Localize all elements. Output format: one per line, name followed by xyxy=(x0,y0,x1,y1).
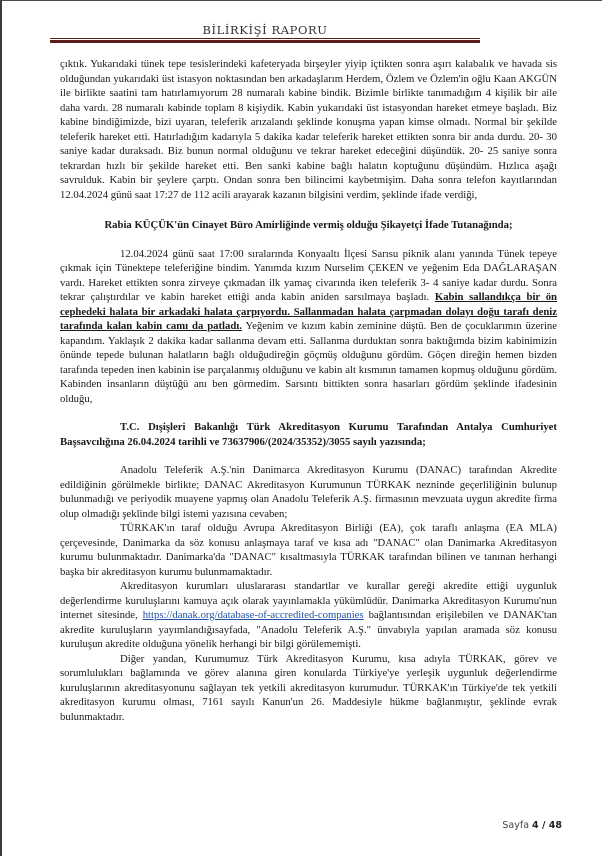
testimony-text-end: Yeğenim ve kızım kabin zeminine düştü. B… xyxy=(60,320,557,405)
section-heading-rabia-kucuk: Rabia KÜÇÜK'ün Cinayet Büro Amirliğinde … xyxy=(60,218,557,233)
document-body: çıktık. Yukarıdaki tünek tepe tesislerin… xyxy=(60,57,557,724)
danak-database-link[interactable]: https://danak.org/database-of-accredited… xyxy=(143,609,364,621)
page-current: 4 xyxy=(532,820,539,831)
paragraph-turkak-authority: Diğer yandan, Kurumumuz Türk Akreditasyo… xyxy=(60,652,557,725)
page-separator: / xyxy=(539,820,549,831)
paragraph-rabia-testimony: 12.04.2024 günü saat 17:00 sıralarında K… xyxy=(60,247,557,407)
page-number: Sayfa 4 / 48 xyxy=(502,820,562,831)
paragraph-accreditation-duty: Akreditasyon kurumları uluslararası stan… xyxy=(60,579,557,652)
header-rule-thin xyxy=(50,38,480,39)
page-label: Sayfa xyxy=(502,820,529,831)
paragraph-testimony-continued: çıktık. Yukarıdaki tünek tepe tesislerin… xyxy=(60,57,557,202)
header-rule-thick xyxy=(50,40,480,43)
report-title: BİLİRKİŞİ RAPORU xyxy=(202,23,327,37)
paragraph-danac-query: Anadolu Teleferik A.Ş.'nin Danimarca Akr… xyxy=(60,463,557,521)
section-heading-turkak-letter: T.C. Dışişleri Bakanlığı Türk Akreditasy… xyxy=(60,420,557,449)
page-header: BİLİRKİŞİ RAPORU xyxy=(50,21,480,39)
paragraph-ea-mla: TÜRKAK'ın taraf olduğu Avrupa Akreditasy… xyxy=(60,521,557,579)
page-total: 48 xyxy=(549,820,562,831)
